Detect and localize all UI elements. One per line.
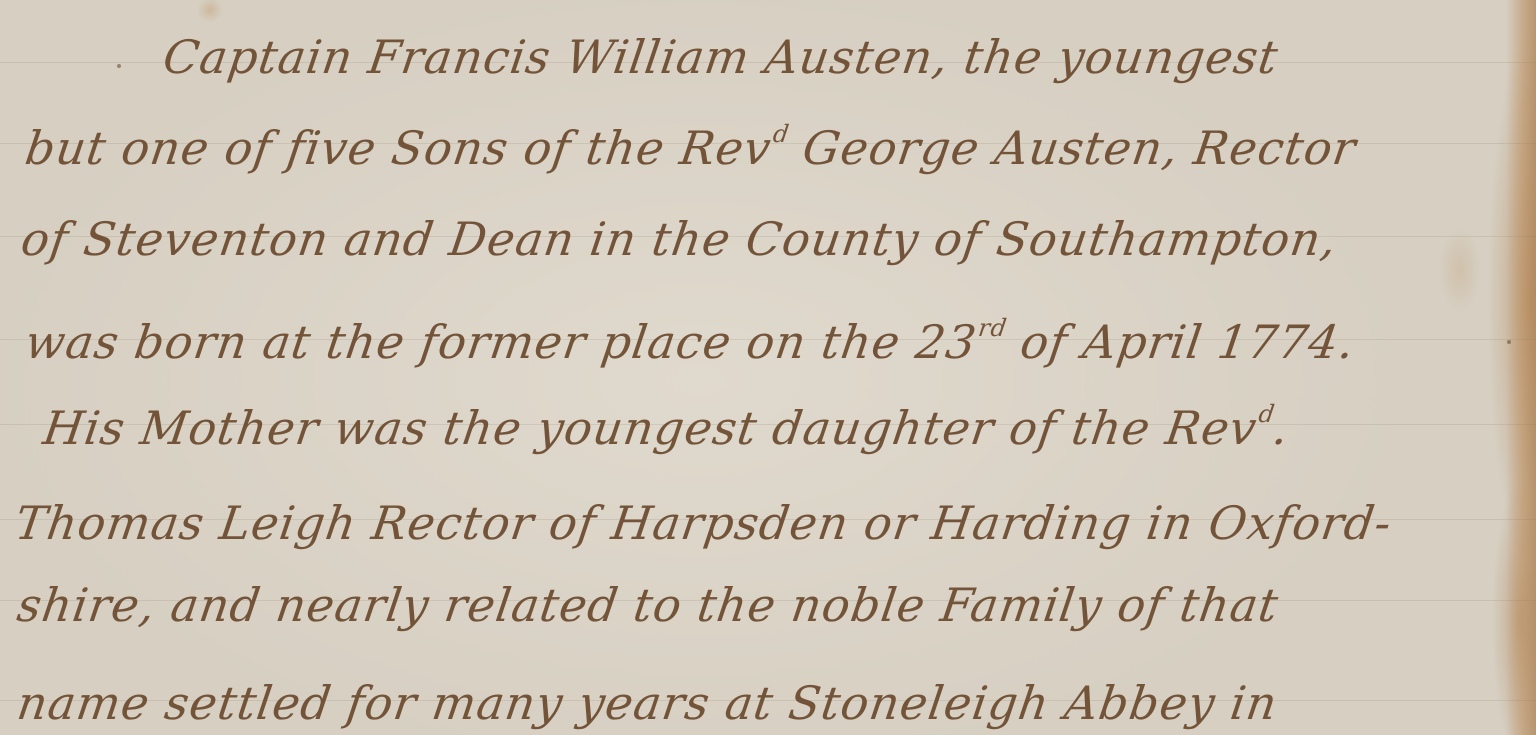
- manuscript-line-2: but one of five Sons of the Revd George …: [22, 120, 1360, 175]
- manuscript-line-3: of Steventon and Dean in the County of S…: [18, 212, 1341, 266]
- ink-speck: [1507, 340, 1511, 344]
- line-text: George Austen, Rector: [784, 121, 1360, 175]
- manuscript-line-4: was born at the former place on the 23rd…: [22, 314, 1359, 369]
- line-text: Captain Francis William Austen, the youn…: [160, 30, 1282, 84]
- line-text: of Steventon and Dean in the County of S…: [18, 212, 1341, 266]
- line-text: Thomas Leigh Rector of Harpsden or Hardi…: [12, 496, 1395, 550]
- line-text: was born at the former place on the 23: [22, 315, 980, 369]
- manuscript-page: Captain Francis William Austen, the youn…: [0, 0, 1536, 735]
- line-text: His Mother was the youngest daughter of …: [40, 401, 1261, 455]
- line-text: of April 1774.: [1002, 315, 1359, 369]
- superscript: rd: [976, 314, 1009, 342]
- line-text: but one of five Sons of the Rev: [22, 121, 775, 175]
- line-text: name settled for many years at Stoneleig…: [14, 676, 1281, 730]
- manuscript-line-1: Captain Francis William Austen, the youn…: [160, 30, 1282, 84]
- line-text: shire, and nearly related to the noble F…: [14, 578, 1282, 632]
- ink-speck: [117, 64, 121, 68]
- manuscript-line-8: name settled for many years at Stoneleig…: [14, 676, 1281, 730]
- page-edge-stain: [1506, 0, 1536, 735]
- manuscript-line-5: His Mother was the youngest daughter of …: [40, 400, 1293, 455]
- manuscript-line-6: Thomas Leigh Rector of Harpsden or Hardi…: [12, 496, 1395, 550]
- manuscript-line-7: shire, and nearly related to the noble F…: [14, 578, 1282, 632]
